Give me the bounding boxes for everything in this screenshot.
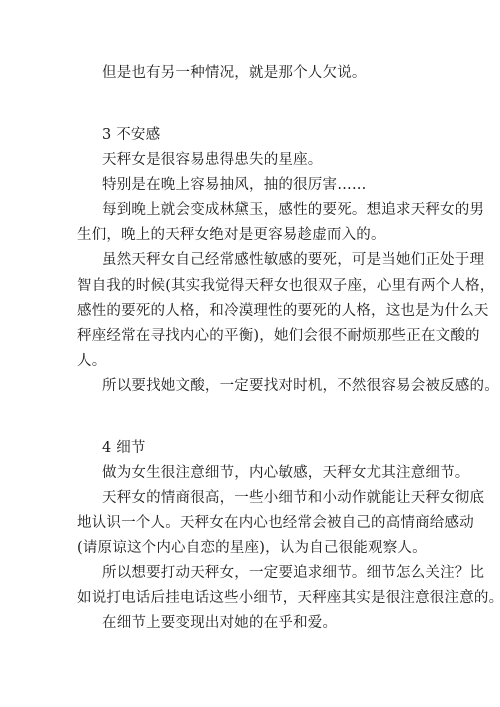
section-heading-details: 4 细节 [102,439,146,457]
paragraph-line: (请原谅这个内心自恋的星座)，认为自己很能观察人。 [77,539,427,557]
paragraph-line: 但是也有另一种情况，就是那个人欠说。 [102,64,367,82]
paragraph-line: 天秤女是很容易患得患失的星座。 [102,151,323,169]
paragraph-line: 所以要找她文酸，一定要找对时机，不然很容易会被反感的。 [102,377,499,395]
section-heading-insecurity: 3 不安感 [102,126,160,144]
paragraph-line: 地认识一个人。天秤女在内心也经常会被自己的高情商给感动 [77,514,474,532]
paragraph-line: 感性的要死的人格，和冷漠理性的要死的人格，这也是为什么天 [77,302,489,320]
paragraph-line: 虽然天秤女自己经常感性敏感的要死，可是当她们正处于理 [102,251,484,269]
paragraph-line: 在细节上要变现出对她的在乎和爱。 [102,614,337,632]
paragraph-line: 生们，晚上的天秤女绝对是更容易趁虚而入的。 [77,226,386,244]
paragraph-line: 秤座经常在寻找内心的平衡)，她们会很不耐烦那些正在文酸的 [77,327,480,345]
paragraph-line: 每到晚上就会变成林黛玉，感性的要死。想追求天秤女的男 [102,201,484,219]
paragraph-line: 所以想要打动天秤女，一定要追求细节。细节怎么关注？比 [102,564,484,582]
paragraph-line: 人。 [77,352,106,370]
document-page: 但是也有另一种情况，就是那个人欠说。 3 不安感 天秤女是很容易患得患失的星座。… [0,0,500,707]
paragraph-line: 智自我的时候(其实我觉得天秤女也很双子座，心里有两个人格， [77,277,494,295]
paragraph-line: 天秤女的情商很高，一些小细节和小动作就能让天秤女彻底 [102,489,484,507]
paragraph-line: 如说打电话后挂电话这些小细节，天秤座其实是很注意很注意的。 [77,589,500,607]
paragraph-line: 做为女生很注意细节，内心敏感，天秤女尤其注意细节。 [102,464,470,482]
paragraph-line: 特别是在晚上容易抽风，抽的很厉害…… [102,176,367,194]
